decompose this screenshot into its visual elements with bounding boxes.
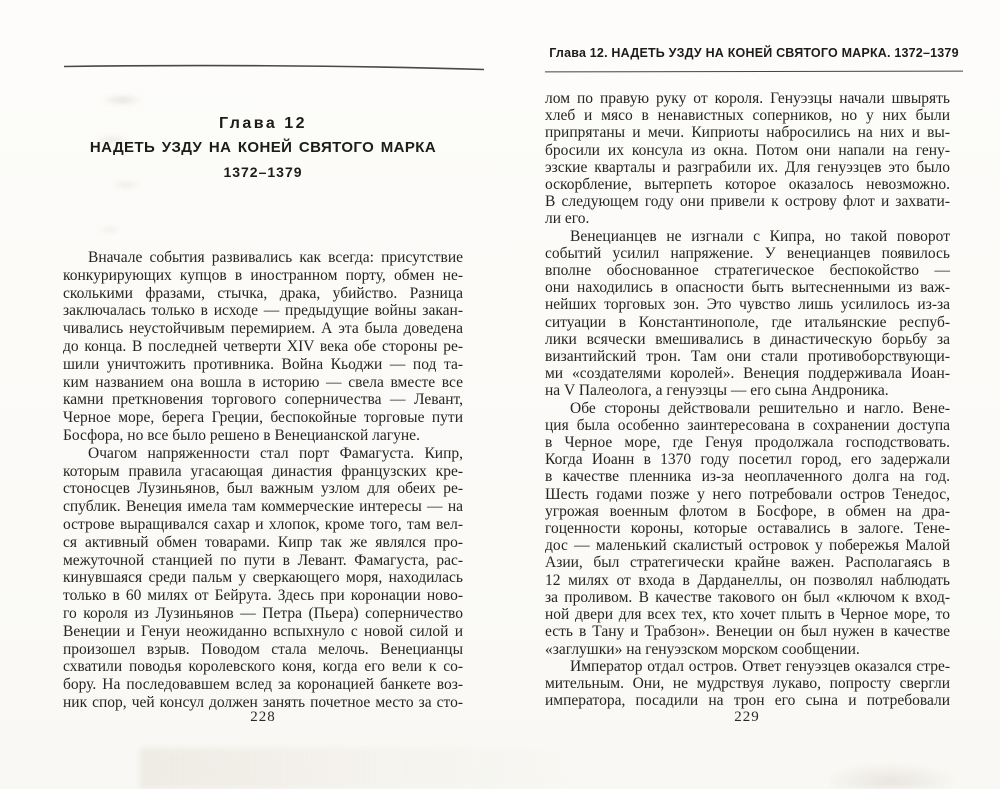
paragraph: Очагом напряженности стал порт Фамагуста… bbox=[63, 445, 463, 712]
text-line: лики всячески вмешивались в династическу… bbox=[545, 331, 950, 348]
text-line: угрожая военным флотом в Босфоре, в обме… bbox=[545, 503, 950, 520]
chapter-heading: Глава 12 НАДЕТЬ УЗДУ НА КОНЕЙ СВЯТОГО МА… bbox=[63, 112, 463, 184]
text-line: в Черное море, где Генуя продолжала госп… bbox=[545, 434, 950, 451]
text-line: только в 60 милях от Бейрута. Здесь при … bbox=[63, 587, 463, 605]
text-line: ли его. bbox=[545, 210, 950, 227]
text-line: гоценности короны, которые оставались в … bbox=[545, 520, 950, 537]
text-line: на V Палеолога, а генуэзцы — его сына Ан… bbox=[545, 382, 950, 399]
text-line: камни преткновения торгового соперничест… bbox=[63, 391, 463, 409]
text-line: го короля из Лузиньянов — Петра (Пьера) … bbox=[63, 605, 463, 623]
text-line: нейших торговых зон. Это чувство лишь ус… bbox=[545, 296, 950, 313]
text-line: Очагом напряженности стал порт Фамагуста… bbox=[63, 445, 463, 463]
text-line: оскорбление, вытерпеть которое оказалось… bbox=[545, 176, 950, 193]
text-line: событий усилил напряжение. У венецианцев… bbox=[545, 245, 950, 262]
text-line: лом по правую руку от короля. Генуэзцы н… bbox=[545, 90, 950, 107]
text-line: чивались неустойчивым перемирием. А эта … bbox=[63, 320, 463, 338]
text-line: Вначале события развивались как всегда: … bbox=[63, 249, 463, 267]
text-line: шили уничтожить противника. Война Кьоджи… bbox=[63, 356, 463, 374]
text-line: бросили их консула из окна. Потом они на… bbox=[545, 142, 950, 159]
text-line: есть в Тану и Трабзон». Венеции он был н… bbox=[545, 623, 950, 640]
text-line: византийский трон. Там они стали противо… bbox=[545, 348, 950, 365]
text-line: хлеб и мясо в ненавистных соперников, но… bbox=[545, 107, 950, 124]
text-line: за проливом. В качестве такового он был … bbox=[545, 589, 950, 606]
text-line: Венецианцев не изгнали с Кипра, но такой… bbox=[545, 228, 950, 245]
text-line: ким названием она вошла в историю — свел… bbox=[63, 374, 463, 392]
text-line: дос — маленький скалистый островок у поб… bbox=[545, 537, 950, 554]
header-rule-right bbox=[545, 71, 963, 73]
page-number-left: 228 bbox=[213, 709, 313, 726]
text-line: «заглушки» на генуэзском морском сообщен… bbox=[545, 641, 950, 658]
paragraph: Венецианцев не изгнали с Кипра, но такой… bbox=[545, 228, 950, 400]
text-line: припрятаны и мечи. Киприоты набросились … bbox=[545, 124, 950, 141]
text-line: бору. На последовавшем вслед за коронаци… bbox=[63, 676, 463, 694]
text-line: схватили поводья королевского коня, когд… bbox=[63, 658, 463, 676]
text-line: императора, посадили на трон его сына и … bbox=[545, 692, 950, 709]
text-line: ция была особенно заинтересована в сохра… bbox=[545, 417, 950, 434]
paragraph: Император отдал остров. Ответ генуэзцев … bbox=[545, 658, 950, 710]
paragraph: Вначале события развивались как всегда: … bbox=[63, 249, 463, 445]
text-line: Черное море, берега Греции, беспокойные … bbox=[63, 409, 463, 427]
page-number-right: 229 bbox=[697, 709, 797, 726]
text-line: ся активный обмен товарами. Кипр так же … bbox=[63, 534, 463, 552]
text-line: ной двери для всех тех, кто хочет плыть … bbox=[545, 606, 950, 623]
text-line: спублик. Венеция имела там коммерческие … bbox=[63, 498, 463, 516]
text-line: конкурирующих купцов в иностранном порту… bbox=[63, 267, 463, 285]
text-line: заключалась только в исходе — предыдущие… bbox=[63, 302, 463, 320]
paragraph: Обе стороны действовали решительно и наг… bbox=[545, 400, 950, 658]
text-line: вполне обоснованное стратегическое беспо… bbox=[545, 262, 950, 279]
text-line: Шесть годами позже у него потребовали ос… bbox=[545, 486, 950, 503]
text-line: ми «создателями королей». Венеция поддер… bbox=[545, 365, 950, 382]
text-line: они находились в опасности быть вытеснен… bbox=[545, 279, 950, 296]
text-line: Венеции и Генуи неожиданно вспыхнуло с н… bbox=[63, 623, 463, 641]
text-line: острове выращивался сахар и хлопок, кром… bbox=[63, 516, 463, 534]
running-header: Глава 12. НАДЕТЬ УЗДУ НА КОНЕЙ СВЯТОГО М… bbox=[545, 46, 963, 60]
text-line: которым правила угасающая династия франц… bbox=[63, 463, 463, 481]
text-line: В следующем году они привели к острову ф… bbox=[545, 193, 950, 210]
text-line: до конца. В последней четверти XIV века … bbox=[63, 338, 463, 356]
text-line: Обе стороны действовали решительно и наг… bbox=[545, 400, 950, 417]
left-page-body: Вначале события развивались как всегда: … bbox=[63, 249, 463, 712]
page-corner-shadow bbox=[830, 752, 1000, 789]
text-line: мительным. Они, не мудрствуя лукаво, поп… bbox=[545, 675, 950, 692]
text-line: ситуации в Константинополе, где итальянс… bbox=[545, 314, 950, 331]
paragraph: лом по правую руку от короля. Генуэзцы н… bbox=[545, 90, 950, 228]
text-line: в качестве пленника из-за неоплаченного … bbox=[545, 468, 950, 485]
text-line: Когда Иоанн в 1370 году посетил город, е… bbox=[545, 451, 950, 468]
text-line: произошел взрыв. Поводом стала мелочь. В… bbox=[63, 641, 463, 659]
chapter-number: Глава 12 bbox=[63, 112, 463, 136]
text-line: межуточной станцией по пути в Левант. Фа… bbox=[63, 552, 463, 570]
text-line: Азии, был стратегически крайне важен. Ра… bbox=[545, 554, 950, 571]
chapter-years: 1372–1379 bbox=[63, 160, 463, 184]
text-line: Император отдал остров. Ответ генуэзцев … bbox=[545, 658, 950, 675]
page-bottom-shadow bbox=[140, 748, 580, 789]
text-line: эзские кварталы и разграбили их. Для ген… bbox=[545, 159, 950, 176]
header-rule-left bbox=[63, 59, 485, 69]
text-line: 12 милях от входа в Дарданеллы, он позво… bbox=[545, 572, 950, 589]
text-line: кинувшаяся среди пальм у сверкающего мор… bbox=[63, 569, 463, 587]
right-page-body: лом по правую руку от короля. Генуэзцы н… bbox=[545, 90, 950, 709]
text-line: сколькими фразами, стычка, драка, убийст… bbox=[63, 285, 463, 303]
text-line: Босфора, но все было решено в Венецианск… bbox=[63, 427, 463, 445]
text-line: стоносцев Лузиньянов, был важным узлом д… bbox=[63, 480, 463, 498]
book-spread: Глава 12 НАДЕТЬ УЗДУ НА КОНЕЙ СВЯТОГО МА… bbox=[0, 0, 1000, 789]
chapter-title: НАДЕТЬ УЗДУ НА КОНЕЙ СВЯТОГО МАРКА bbox=[63, 136, 463, 160]
